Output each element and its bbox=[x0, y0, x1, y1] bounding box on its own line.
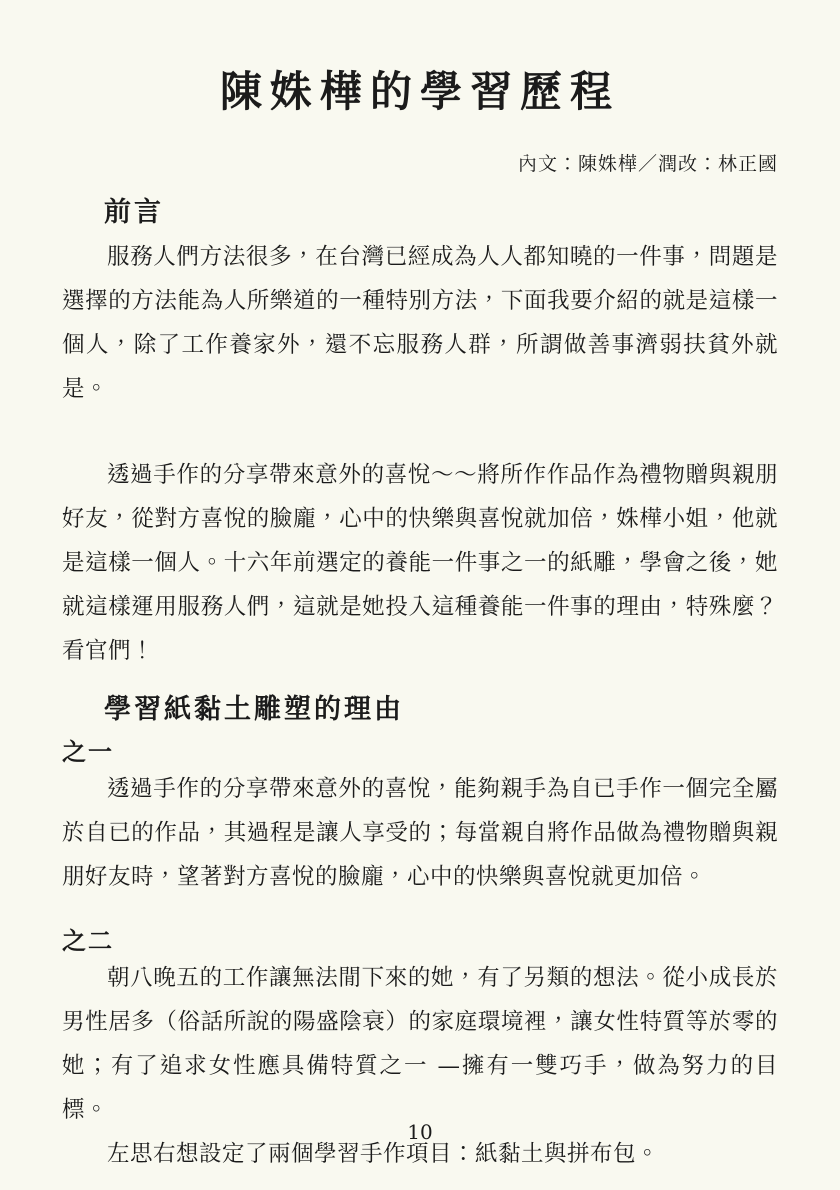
section-heading-foreword: 前言 bbox=[104, 190, 778, 229]
subsection-label-one: 之一 bbox=[62, 732, 778, 767]
reason-one-paragraph: 透過手作的分享帶來意外的喜悅，能夠親手為自已手作一個完全屬於自已的作品，其過程是… bbox=[62, 767, 778, 899]
subsection-label-two: 之二 bbox=[62, 921, 778, 956]
reason-two-paragraph-1: 朝八晚五的工作讓無法閒下來的她，有了另類的想法。從小成長於男性居多（俗話所說的陽… bbox=[62, 956, 778, 1132]
section-heading-reasons: 學習紙黏土雕塑的理由 bbox=[104, 687, 778, 726]
page-title: 陳姝樺的學習歷程 bbox=[62, 66, 778, 119]
foreword-paragraph-2: 透過手作的分享帶來意外的喜悅～～將所作作品作為禮物贈與親朋好友，從對方喜悅的臉龐… bbox=[62, 453, 778, 673]
page-number: 10 bbox=[0, 1120, 840, 1144]
document-page: 陳姝樺的學習歷程 內文：陳姝樺／潤改：林正國 前言 服務人們方法很多，在台灣已經… bbox=[0, 0, 840, 1190]
foreword-paragraph-1: 服務人們方法很多，在台灣已經成為人人都知曉的一件事，問題是選擇的方法能為人所樂道… bbox=[62, 235, 778, 411]
byline: 內文：陳姝樺／潤改：林正國 bbox=[62, 149, 778, 176]
